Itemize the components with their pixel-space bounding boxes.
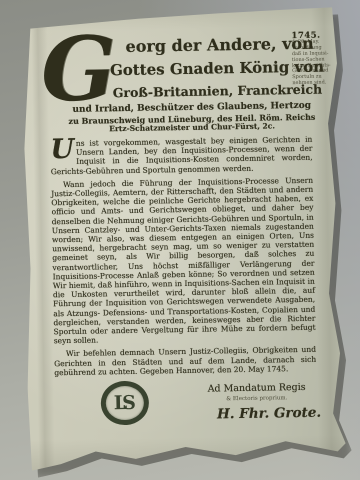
- paragraph-drop-cap: U: [50, 139, 76, 160]
- document-paper: 1745. d. 20. May. Verordnung daß in Inqu…: [18, 3, 348, 473]
- body-paragraph-1: Uns ist vorgekommen, wasgestalt bey eini…: [50, 135, 313, 176]
- title-line-1: eorg der Andere, von: [106, 33, 332, 56]
- title-line-3: Groß-Britannien, Franckreich: [105, 81, 329, 100]
- body-paragraph-1-text: ns ist vorgekommen, wasgestalt bey einig…: [51, 135, 313, 176]
- photo-background: 1745. d. 20. May. Verordnung daß in Inqu…: [0, 0, 360, 480]
- seal-letter-s: S: [122, 392, 136, 414]
- mandatum-subline: & Electoris proprium.: [185, 394, 329, 403]
- body-paragraph-3: Wir befehlen demnach Unsern Justiz-Colle…: [54, 345, 316, 377]
- body-paragraph-2: Wann jedoch die Führung der Inquisitions…: [51, 176, 316, 346]
- locus-sigilli-seal: L S: [100, 381, 149, 426]
- body-text: Uns ist vorgekommen, wasgestalt bey eini…: [50, 135, 316, 378]
- mandatum-line: Ad Mandatum Regis: [185, 381, 329, 395]
- signature: H. Fhr. Grote.: [193, 404, 345, 423]
